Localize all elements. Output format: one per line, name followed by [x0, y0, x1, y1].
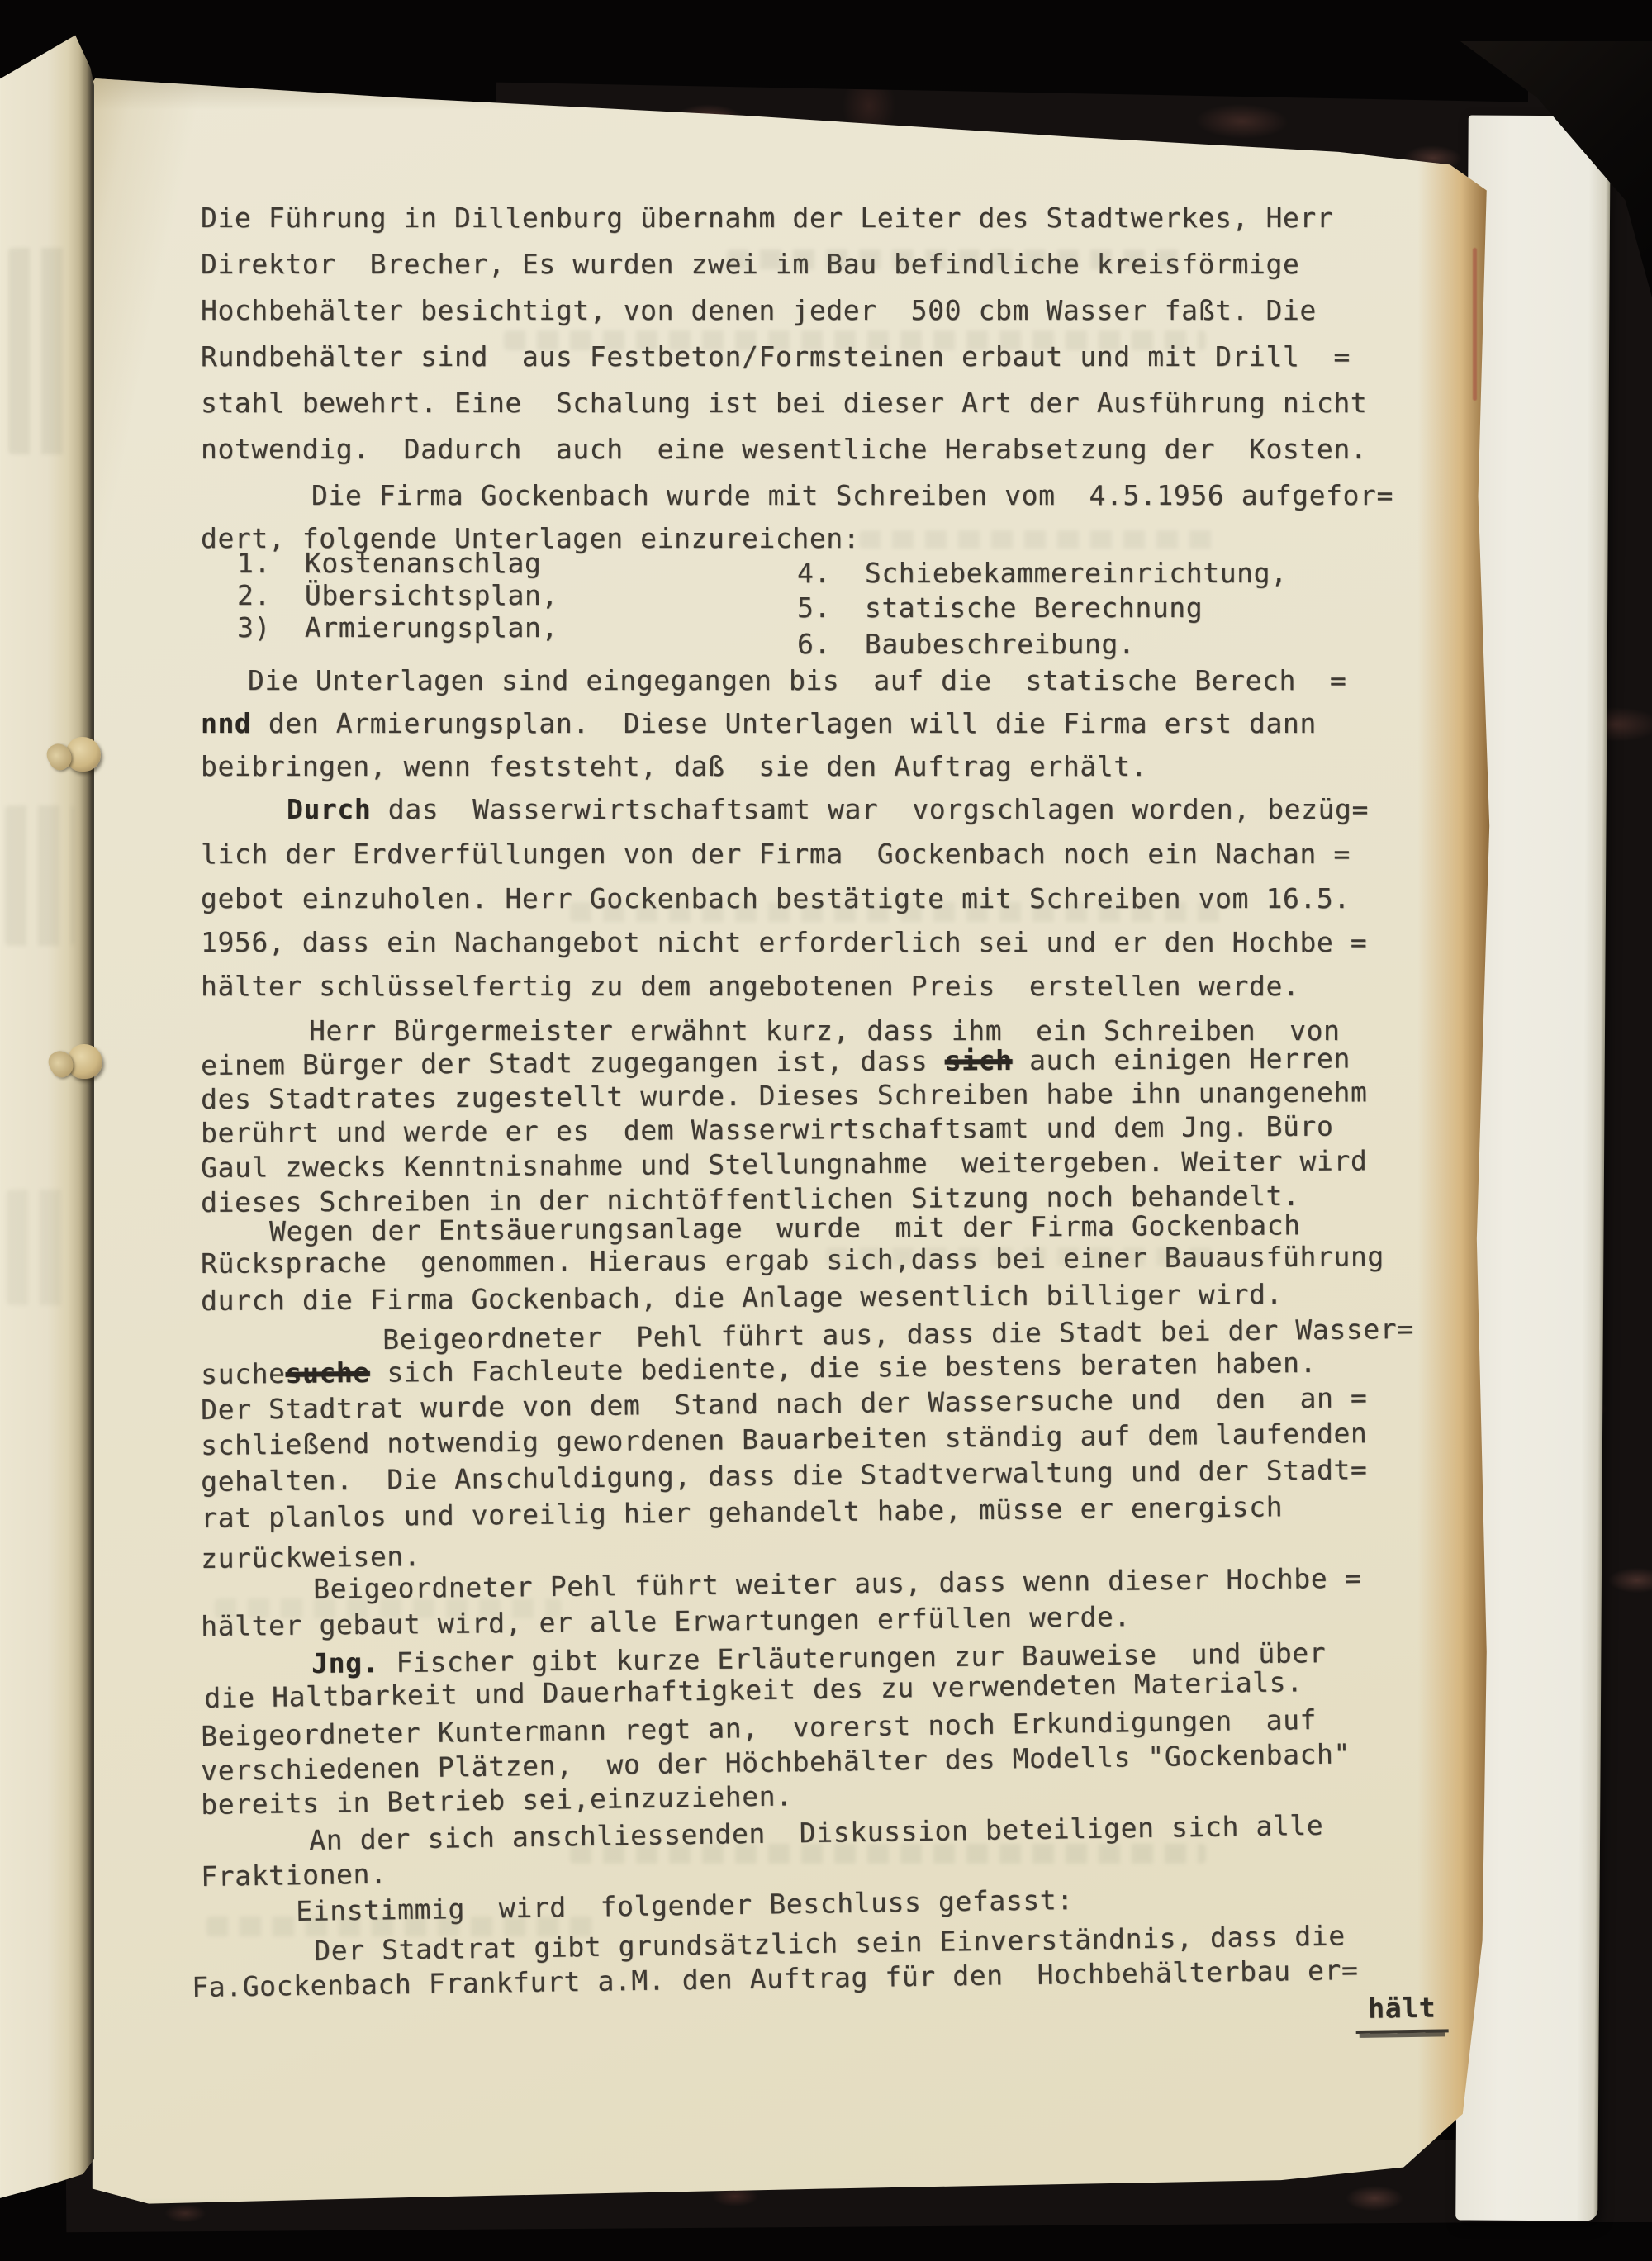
red-edge-mark: [1473, 248, 1477, 401]
text-line: Die Führung in Dillenburg übernahm der L…: [201, 203, 1333, 233]
text-line: lich der Erdverfüllungen von der Firma G…: [201, 839, 1351, 869]
text-segment: lich der Erdverfüllungen von der Firma G…: [201, 838, 1351, 870]
document-page: Die Führung in Dillenburg übernahm der L…: [87, 73, 1495, 2212]
text-line: durch die Firma Gockenbach, die Anlage w…: [201, 1280, 1283, 1316]
text-line: hält: [1355, 1993, 1448, 2024]
text-segment: 2. Übersichtsplan,: [237, 579, 558, 611]
text-line: Hochbehälter besichtigt, von denen jeder…: [201, 296, 1317, 325]
text-segment: durch die Firma Gockenbach, die Anlage w…: [201, 1278, 1283, 1317]
text-line: schließend notwendig gewordenen Bauarbei…: [201, 1418, 1368, 1461]
text-line: 2. Übersichtsplan,: [237, 581, 558, 610]
text-line: Gaul zwecks Kenntnisnahme und Stellungna…: [201, 1146, 1367, 1183]
text-segment: hälter schlüsselfertig zu dem angebotene…: [201, 970, 1299, 1002]
text-line: beibringen, wenn feststeht, daß sie den …: [201, 752, 1147, 781]
previous-pages-stack: [0, 33, 94, 2209]
text-segment: 6. Baubeschreibung.: [797, 628, 1135, 660]
underlined-text: hält: [1355, 1991, 1449, 2034]
ghost-texture: [215, 1598, 562, 1618]
text-segment: auch einigen Herren: [1012, 1042, 1351, 1076]
text-segment: einem Bürger der Stadt zugegangen ist, d…: [201, 1044, 945, 1081]
ghost-texture: [5, 805, 74, 946]
text-segment: Fraktionen.: [201, 1858, 387, 1893]
text-line: 6. Baubeschreibung.: [797, 629, 1135, 659]
text-line: Fraktionen.: [201, 1860, 387, 1892]
text-segment: Jng.: [311, 1646, 379, 1679]
text-segment: suche: [201, 1357, 286, 1390]
ghost-texture: [826, 1247, 1214, 1266]
text-segment: bereits in Betrieb sei,einzuziehen.: [201, 1779, 793, 1821]
text-segment: des Stadtrates zugestellt wurde. Dieses …: [201, 1076, 1367, 1115]
text-line: 3) Armierungsplan,: [237, 613, 558, 643]
text-segment: 5. statische Berechnung: [797, 591, 1203, 624]
text-segment: stahl bewehrt. Eine Schalung ist bei die…: [201, 387, 1367, 419]
text-line: bereits in Betrieb sei,einzuziehen.: [201, 1781, 793, 1820]
text-segment: nnd: [201, 707, 251, 739]
text-line: des Stadtrates zugestellt wurde. Dieses …: [201, 1077, 1367, 1114]
text-segment: 3) Armierungsplan,: [237, 611, 558, 644]
ghost-texture: [570, 1844, 1206, 1864]
text-segment: berührt und werde er es dem Wasserwirtsc…: [201, 1110, 1334, 1149]
ghost-texture: [8, 248, 73, 454]
text-segment: Die Unterlagen sind eingegangen bis auf …: [248, 664, 1346, 696]
text-segment: Gaul zwecks Kenntnisnahme und Stellungna…: [201, 1144, 1367, 1184]
text-line: rat planlos und voreilig hier gehandelt …: [201, 1492, 1283, 1533]
text-segment: das Wasserwirtschaftsamt war vorgschlage…: [371, 793, 1369, 825]
text-segment: Durch: [287, 793, 371, 825]
text-line: Durch das Wasserwirtschaftsamt war vorgs…: [287, 795, 1369, 824]
text-line: nnd den Armierungsplan. Diese Unterlagen…: [201, 709, 1317, 739]
text-segment: den Armierungsplan. Diese Unterlagen wil…: [251, 707, 1316, 739]
text-line: 1956, dass ein Nachangebot nicht erforde…: [201, 928, 1367, 957]
text-line: stahl bewehrt. Eine Schalung ist bei die…: [201, 388, 1367, 418]
text-segment: Hochbehälter besichtigt, von denen jeder…: [201, 294, 1317, 326]
ghost-texture: [206, 1917, 595, 1936]
text-line: gehalten. Die Anschuldigung, dass die St…: [201, 1455, 1368, 1497]
struck-text: suche: [285, 1356, 370, 1389]
text-segment: Die Führung in Dillenburg übernahm der L…: [201, 202, 1333, 234]
scanned-book-photo: Die Führung in Dillenburg übernahm der L…: [0, 0, 1652, 2261]
text-segment: rat planlos und voreilig hier gehandelt …: [201, 1490, 1283, 1534]
ghost-texture: [7, 1190, 73, 1305]
binding-knot: [48, 735, 101, 777]
text-line: Die Firma Gockenbach wurde mit Schreiben…: [311, 481, 1393, 511]
struck-text: sich: [945, 1044, 1013, 1076]
text-line: 5. statische Berechnung: [797, 593, 1203, 623]
ghost-texture: [859, 530, 1214, 549]
text-line: hälter schlüsselfertig zu dem angebotene…: [201, 971, 1299, 1001]
ghost-texture: [504, 330, 1206, 350]
ghost-texture: [727, 249, 1189, 269]
ghost-texture: [570, 902, 1222, 922]
text-line: Die Unterlagen sind eingegangen bis auf …: [248, 666, 1346, 696]
text-line: einem Bürger der Stadt zugegangen ist, d…: [201, 1043, 1351, 1081]
text-line: Herr Bürgermeister erwähnt kurz, dass ih…: [309, 1016, 1341, 1046]
text-line: notwendig. Dadurch auch eine wesentliche…: [201, 435, 1367, 464]
text-segment: Herr Bürgermeister erwähnt kurz, dass ih…: [309, 1014, 1341, 1047]
text-segment: notwendig. Dadurch auch eine wesentliche…: [201, 433, 1367, 465]
text-segment: beibringen, wenn feststeht, daß sie den …: [201, 750, 1147, 782]
text-line: zurückweisen.: [201, 1541, 420, 1574]
binding-knot: [50, 1043, 102, 1084]
text-segment: 4. Schiebekammereinrichtung,: [797, 557, 1288, 589]
text-segment: zurückweisen.: [201, 1540, 420, 1575]
text-segment: 1956, dass ein Nachangebot nicht erforde…: [201, 926, 1367, 958]
text-line: 4. Schiebekammereinrichtung,: [797, 558, 1288, 588]
text-segment: Die Firma Gockenbach wurde mit Schreiben…: [311, 479, 1393, 511]
text-line: 1. Kostenanschlag: [237, 549, 541, 578]
text-segment: 1. Kostenanschlag: [237, 547, 541, 579]
text-line: berührt und werde er es dem Wasserwirtsc…: [201, 1112, 1334, 1148]
